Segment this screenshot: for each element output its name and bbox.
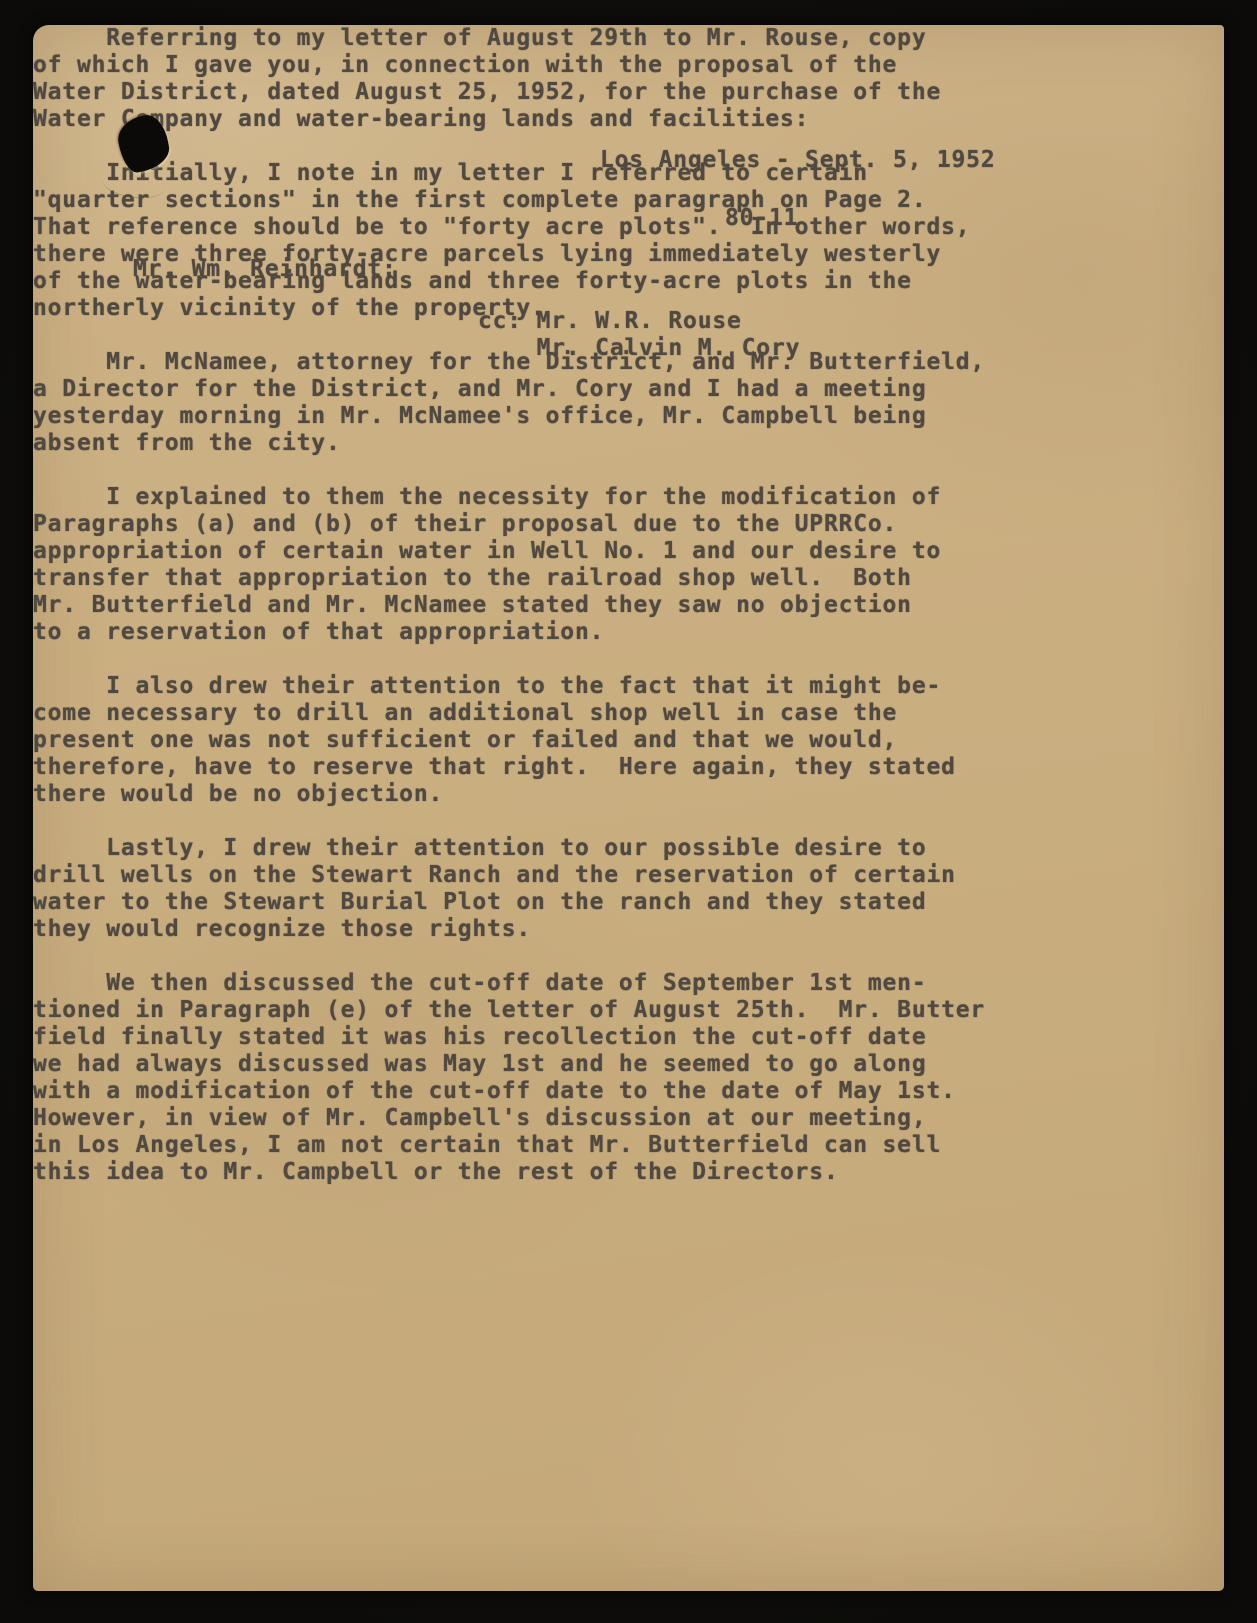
- letter-paragraph-2: Initially, I note in my letter I referre…: [33, 160, 1224, 322]
- letter-paragraph-3: Mr. McNamee, attorney for the District, …: [33, 349, 1224, 457]
- letter-paragraph-4: I explained to them the necessity for th…: [33, 484, 1224, 646]
- letter-paragraph-6: Lastly, I drew their attention to our po…: [33, 835, 1224, 943]
- cc-block: cc: Mr. W.R. Rouse Mr. Calvin M. Cory: [478, 308, 800, 362]
- letter-paragraph-7: We then discussed the cut-off date of Se…: [33, 970, 1224, 1186]
- letter-paragraph-5: I also drew their attention to the fact …: [33, 673, 1224, 808]
- dateline: Los Angeles - Sept. 5, 1952: [600, 147, 995, 174]
- recipient-line: Mr. Wm. Reinhardt:: [133, 256, 397, 283]
- letter-page: Los Angeles - Sept. 5, 1952 80-11 Mr. Wm…: [33, 25, 1224, 1591]
- letter-body: Referring to my letter of August 29th to…: [33, 25, 1224, 1186]
- letter-paragraph-1: Referring to my letter of August 29th to…: [33, 25, 1224, 133]
- scan-background: Los Angeles - Sept. 5, 1952 80-11 Mr. Wm…: [0, 0, 1257, 1623]
- file-number: 80-11: [725, 205, 798, 232]
